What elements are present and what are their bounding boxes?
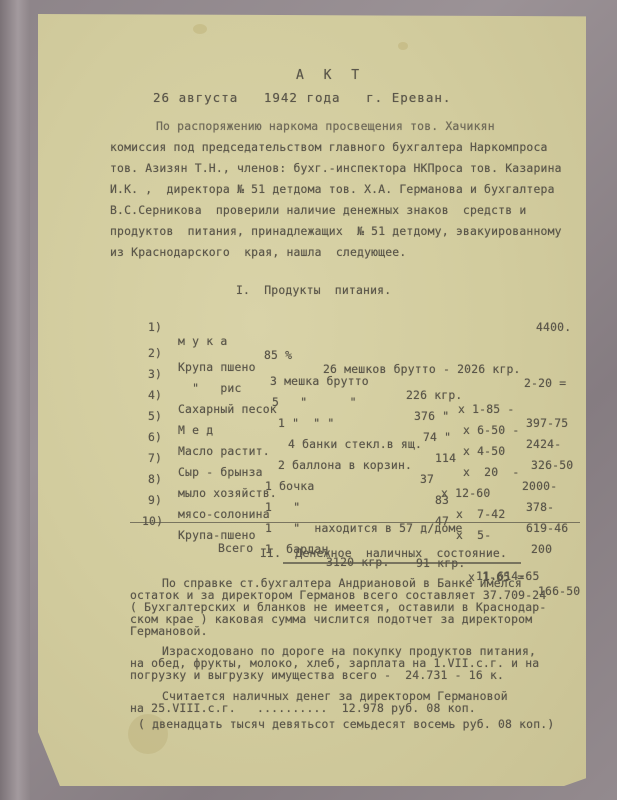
background-fold bbox=[0, 0, 30, 800]
intro-line: В.С.Серникова проверили наличие денежных… bbox=[110, 203, 526, 217]
paragraph-line: на 25.VIII.с.г. .......... 12.978 руб. 0… bbox=[130, 701, 476, 715]
total-label: Всего bbox=[218, 541, 253, 555]
intro-line: И.К. , директора № 51 детдома тов. Х.А. … bbox=[110, 182, 555, 196]
intro-line: комиссия под председательством главного … bbox=[110, 140, 548, 154]
paragraph-line: ( двенадцать тысяч девятьсот семьдесят в… bbox=[138, 717, 554, 731]
intro-line: тов. Азизян Т.Н., членов: бухг.-инспекто… bbox=[110, 161, 562, 175]
paragraph-line: Германовой. bbox=[130, 624, 208, 638]
section2-underline bbox=[283, 562, 521, 564]
intro-line: из Краснодарского края, нашла следующее. bbox=[110, 245, 406, 259]
paragraph-line: погрузку и выгрузку имущества всего - 24… bbox=[130, 668, 504, 682]
paper-stain bbox=[193, 24, 207, 34]
document-page: А К Т 26 августа 1942 года г. Ереван. По… bbox=[38, 14, 586, 786]
intro-line: продуктов питания, принадлежащих № 51 де… bbox=[110, 224, 562, 238]
section2-heading: II. Денежное наличных состояние. bbox=[260, 546, 507, 560]
row-number: 10) bbox=[142, 514, 163, 528]
paper-stain bbox=[398, 42, 408, 50]
document-title: А К Т bbox=[296, 68, 365, 83]
document-dateline: 26 августа 1942 года г. Ереван. bbox=[153, 90, 451, 105]
intro-line: По распоряжению наркома просвещения тов.… bbox=[156, 119, 495, 133]
section1-heading: I. Продукты питания. bbox=[236, 283, 391, 297]
table-total-rule bbox=[130, 522, 580, 523]
